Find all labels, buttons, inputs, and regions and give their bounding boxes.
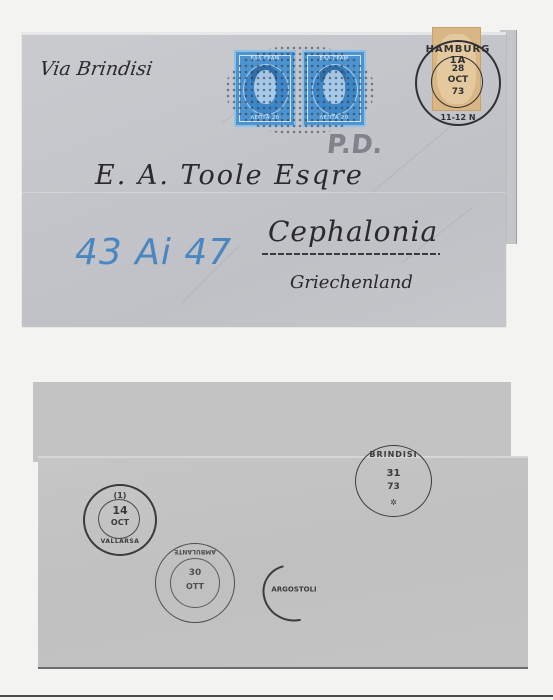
postmark-vallarsa: (1) 14 OCT VALLARSA <box>83 484 157 556</box>
destination-city: Cephalonia <box>268 215 438 248</box>
album-page-rule <box>0 695 553 697</box>
numeral-dot-cancel <box>225 45 375 135</box>
destination-country: Griechenland <box>290 272 413 293</box>
addressee-name: E. A. Toole Esqre <box>95 160 364 191</box>
blue-manuscript-note: 43 Ai 47 <box>75 232 232 273</box>
routing-note: Via Brindisi <box>38 58 153 80</box>
back-cover-flap <box>33 382 511 462</box>
pd-transit-mark: P.D. <box>325 130 384 160</box>
star-icon: ✲ <box>356 498 431 507</box>
postmark-hamburg: HAMBURG 1A 28 OCT 73 11-12 N <box>415 40 501 126</box>
city-underline <box>262 253 440 255</box>
postmark-brindisi: BRINDISI 31 73 ✲ <box>355 445 432 517</box>
postmark-ambulante: AMBULANTE 30 OTT <box>155 543 235 623</box>
